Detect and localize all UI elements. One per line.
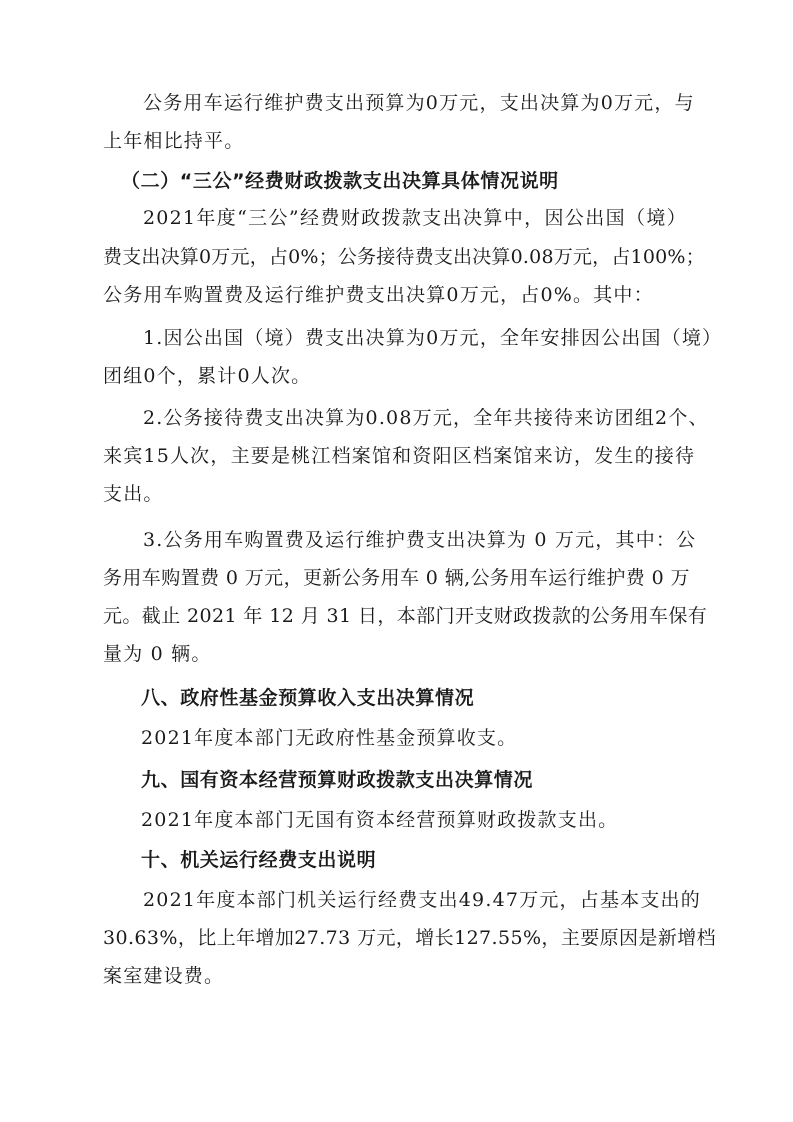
heading-government-fund-budget: 八、政府性基金预算收入支出决算情况 <box>141 686 725 710</box>
heading-operating-expenses: 十、机关运行经费支出说明 <box>141 848 725 872</box>
paragraph-line: 费支出决算0万元，占0%；公务接待费支出决算0.08万元，占100%； <box>103 245 687 269</box>
paragraph-line: 团组0个，累计0人次。 <box>103 364 687 388</box>
paragraph-line: 支出。 <box>103 482 687 506</box>
paragraph-line: 来宾15人次，主要是桃江档案馆和资阳区档案馆来访，发生的接待 <box>103 444 687 468</box>
paragraph-line: 量为 0 辆。 <box>103 642 687 666</box>
paragraph-line: 公务用车运行维护费支出预算为0万元，支出决算为0万元，与 <box>143 91 687 115</box>
paragraph-line: 3.公务用车购置费及运行维护费支出决算为 0 万元，其中：公 <box>143 528 687 552</box>
paragraph-line: 2.公务接待费支出决算为0.08万元，全年共接待来访团组2个、 <box>143 406 687 430</box>
paragraph-line: 2021年度本部门机关运行经费支出49.47万元，占基本支出的 <box>143 888 687 912</box>
paragraph-line: 公务用车购置费及运行维护费支出决算0万元，占0%。其中： <box>103 283 687 307</box>
subheading-three-public-expenses: （二）“三公”经费财政拨款支出决算具体情况说明 <box>121 169 705 193</box>
paragraph-line: 2021年度本部门无政府性基金预算收支。 <box>141 726 725 750</box>
paragraph-line: 上年相比持平。 <box>103 129 687 153</box>
document-page: 公务用车运行维护费支出预算为0万元，支出决算为0万元，与 上年相比持平。 （二）… <box>0 0 793 1122</box>
paragraph-line: 2021年度本部门无国有资本经营预算财政拨款支出。 <box>141 808 725 832</box>
paragraph-line: 1.因公出国（境）费支出决算为0万元，全年安排因公出国（境） <box>143 326 687 350</box>
paragraph-line: 元。截止 2021 年 12 月 31 日，本部门开支财政拨款的公务用车保有 <box>103 604 687 628</box>
paragraph-line: 2021年度“三公”经费财政拨款支出决算中，因公出国（境） <box>143 206 687 230</box>
paragraph-line: 30.63%，比上年增加27.73 万元，增长127.55%，主要原因是新增档 <box>103 926 687 950</box>
paragraph-line: 案室建设费。 <box>103 964 687 988</box>
heading-state-capital-budget: 九、国有资本经营预算财政拨款支出决算情况 <box>141 768 725 792</box>
paragraph-line: 务用车购置费 0 万元，更新公务用车 0 辆,公务用车运行维护费 0 万 <box>103 566 687 590</box>
